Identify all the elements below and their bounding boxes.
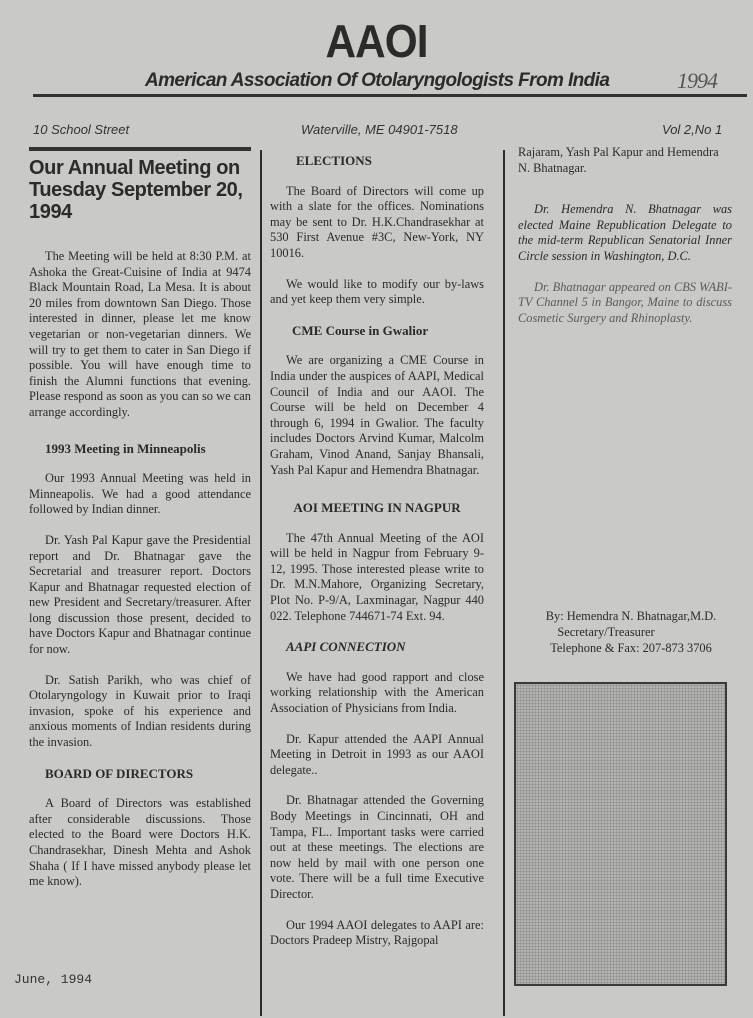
nagpur-heading: AOI MEETING IN NAGPUR: [270, 500, 484, 516]
byline: By: Hemendra N. Bhatnagar,M.D. Secretary…: [512, 608, 750, 656]
delegate-election-paragraph: Dr. Hemendra N. Bhatnagar was elected Ma…: [518, 202, 732, 264]
elections-paragraph: The Board of Directors will come up with…: [270, 184, 484, 262]
board-paragraph: A Board of Directors was established aft…: [29, 796, 251, 890]
bylaws-paragraph: We would like to modify our by-laws and …: [270, 277, 484, 308]
column-1: Our Annual Meeting on Tuesday September …: [29, 145, 251, 905]
footer-date: June, 1994: [14, 972, 92, 987]
tv-appearance-paragraph: Dr. Bhatnagar appeared on CBS WABI-TV Ch…: [518, 280, 732, 327]
byline-title: Secretary/Treasurer: [512, 624, 750, 640]
byline-phone: Telephone & Fax: 207-873 3706: [512, 640, 750, 656]
aapi-paragraph: We have had good rapport and close worki…: [270, 670, 484, 717]
masthead-rule: [33, 94, 747, 97]
delegates-continued: Rajaram, Yash Pal Kapur and Hemendra N. …: [518, 145, 732, 176]
cme-heading: CME Course in Gwalior: [270, 323, 484, 339]
column-2: ELECTIONS The Board of Directors will co…: [270, 145, 484, 964]
minneapolis-paragraph: Our 1993 Annual Meeting was held in Minn…: [29, 471, 251, 518]
minneapolis-heading: 1993 Meeting in Minneapolis: [29, 441, 251, 457]
elections-heading: ELECTIONS: [270, 153, 484, 169]
column-divider-2: [503, 150, 505, 1016]
delegates-paragraph: Our 1994 AAOI delegates to AAPI are: Doc…: [270, 918, 484, 949]
aapi-heading: AAPI CONNECTION: [270, 639, 484, 655]
street-address: 10 School Street: [33, 122, 129, 137]
cme-paragraph: We are organizing a CME Course in India …: [270, 353, 484, 478]
halftone-photo: [514, 682, 727, 986]
masthead-title: AAOI: [30, 14, 723, 68]
board-heading: BOARD OF DIRECTORS: [29, 766, 251, 782]
headline-rule: [29, 147, 251, 151]
byline-name: By: Hemendra N. Bhatnagar,M.D.: [512, 608, 750, 624]
masthead-subtitle: American Association Of Otolaryngologist…: [145, 70, 609, 92]
bhatnagar-paragraph: Dr. Bhatnagar attended the Governing Bod…: [270, 793, 484, 902]
handwritten-year: 1994: [677, 68, 717, 94]
city-address: Waterville, ME 04901-7518: [301, 122, 458, 137]
kapur-paragraph: Dr. Kapur attended the AAPI Annual Meeti…: [270, 732, 484, 779]
reports-paragraph: Dr. Yash Pal Kapur gave the Presidential…: [29, 533, 251, 658]
parikh-paragraph: Dr. Satish Parikh, who was chief of Otol…: [29, 673, 251, 751]
column-3: Rajaram, Yash Pal Kapur and Hemendra N. …: [518, 145, 732, 341]
lead-headline: Our Annual Meeting on Tuesday September …: [29, 157, 251, 223]
meeting-paragraph: The Meeting will be held at 8:30 P.M. at…: [29, 249, 251, 421]
volume-number: Vol 2,No 1: [662, 122, 722, 137]
column-divider-1: [260, 150, 262, 1016]
nagpur-paragraph: The 47th Annual Meeting of the AOI will …: [270, 531, 484, 625]
